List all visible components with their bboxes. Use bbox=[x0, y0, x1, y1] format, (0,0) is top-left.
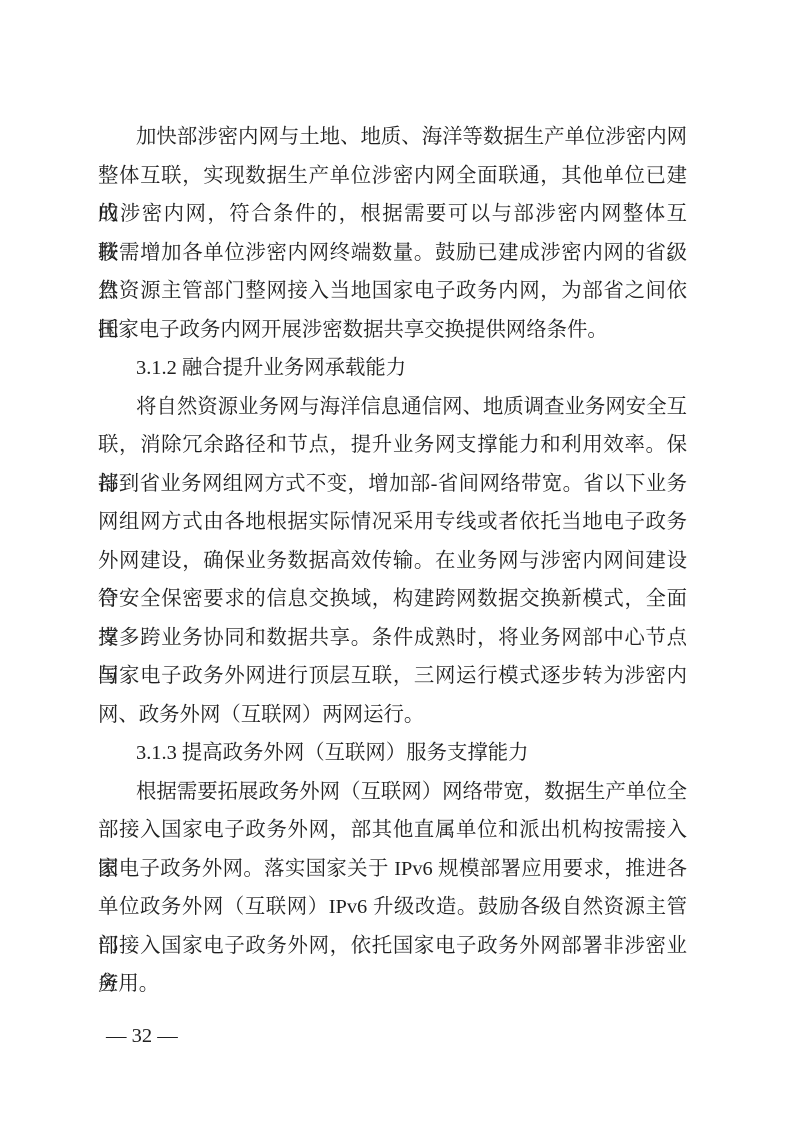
body-line: 整体互联，实现数据生产单位涉密内网全面联通，其他单位已建成 bbox=[98, 157, 687, 196]
body-line: 联，消除冗余路径和节点，提升业务网支撑能力和利用效率。保持 bbox=[98, 426, 687, 465]
section-heading-312: 3.1.2 融合提升业务网承载能力 bbox=[98, 349, 687, 388]
document-page: 加快部涉密内网与土地、地质、海洋等数据生产单位涉密内网 整体互联，实现数据生产单… bbox=[0, 0, 793, 1122]
body-line: 加快部涉密内网与土地、地质、海洋等数据生产单位涉密内网 bbox=[98, 118, 687, 157]
page-number: — 32 — bbox=[106, 1022, 178, 1050]
body-line: 单位政务外网（互联网）IPv6 升级改造。鼓励各级自然资源主管部 bbox=[98, 888, 687, 927]
body-line: 然资源主管部门整网接入当地国家电子政务内网，为部省之间依托 bbox=[98, 272, 687, 311]
body-line: 部接入国家电子政务外网，部其他直属单位和派出机构按需接入国 bbox=[98, 811, 687, 850]
section-heading-313: 3.1.3 提高政务外网（互联网）服务支撑能力 bbox=[98, 734, 687, 773]
body-line: 家电子政务外网。落实国家关于 IPv6 规模部署应用要求，推进各 bbox=[98, 850, 687, 889]
body-line: 国家电子政务内网开展涉密数据共享交换提供网络条件。 bbox=[98, 311, 687, 350]
body-line: 门接入国家电子政务外网，依托国家电子政务外网部署非涉密业务 bbox=[98, 927, 687, 966]
body-line: 国家电子政务外网进行顶层互联，三网运行模式逐步转为涉密内 bbox=[98, 657, 687, 696]
body-line: 网、政务外网（互联网）两网运行。 bbox=[98, 696, 687, 735]
body-line: 合安全保密要求的信息交换域，构建跨网数据交换新模式，全面支 bbox=[98, 580, 687, 619]
body-line: 将自然资源业务网与海洋信息通信网、地质调查业务网安全互 bbox=[98, 388, 687, 427]
body-line: 外网建设，确保业务数据高效传输。在业务网与涉密内网间建设符 bbox=[98, 542, 687, 581]
body-text-block: 加快部涉密内网与土地、地质、海洋等数据生产单位涉密内网 整体互联，实现数据生产单… bbox=[98, 118, 687, 1004]
body-line: 应用。 bbox=[98, 965, 687, 1004]
body-line: 按需增加各单位涉密内网终端数量。鼓励已建成涉密内网的省级自 bbox=[98, 234, 687, 273]
body-line: 根据需要拓展政务外网（互联网）网络带宽，数据生产单位全 bbox=[98, 773, 687, 812]
body-line: 网组网方式由各地根据实际情况采用专线或者依托当地电子政务 bbox=[98, 503, 687, 542]
body-line: 撑多跨业务协同和数据共享。条件成熟时，将业务网部中心节点与 bbox=[98, 619, 687, 658]
body-line: 的涉密内网，符合条件的，根据需要可以与部涉密内网整体互联。 bbox=[98, 195, 687, 234]
body-line: 部到省业务网组网方式不变，增加部-省间网络带宽。省以下业务 bbox=[98, 465, 687, 504]
